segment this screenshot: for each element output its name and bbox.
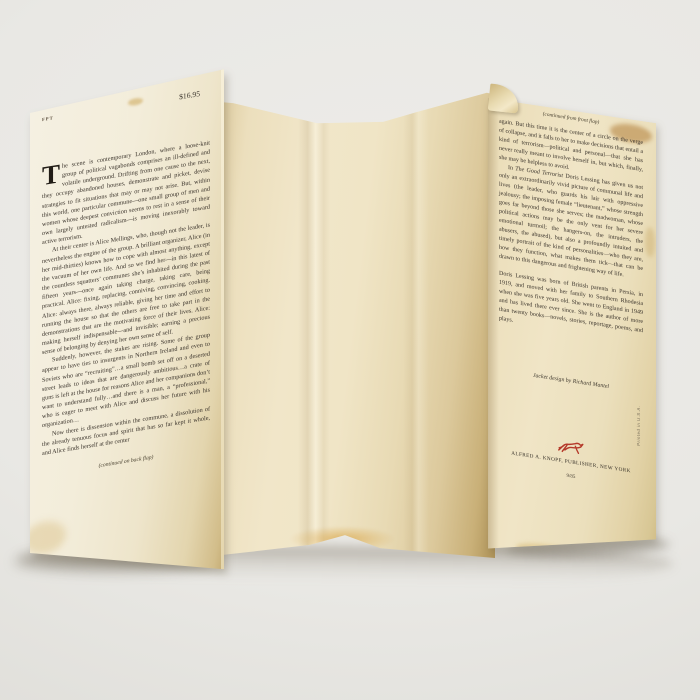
printed-in-usa-note: Printed in U.S.A.: [636, 405, 641, 446]
gutter-shadow: [488, 98, 499, 555]
jacket-credit: Jacket design by Richard Mantel: [499, 368, 643, 396]
flap-copy: again. But this time it is the center of…: [499, 118, 643, 346]
book-dust-jacket-photo: FPT $16.95 The scene is contemporary Lon…: [0, 0, 700, 700]
author-bio: Doris Lessing was born of British parent…: [499, 270, 643, 346]
borzoi-logo-icon: [556, 438, 586, 456]
back-flap: (continued from front flap) again. But t…: [488, 98, 656, 578]
back-flap-wrap: (continued from front flap) again. But t…: [0, 0, 700, 700]
paper-stain: [645, 226, 655, 257]
paper-stain: [516, 540, 580, 564]
flap-paragraph-2: In The Good Terrorist Doris Lessing has …: [499, 163, 643, 284]
